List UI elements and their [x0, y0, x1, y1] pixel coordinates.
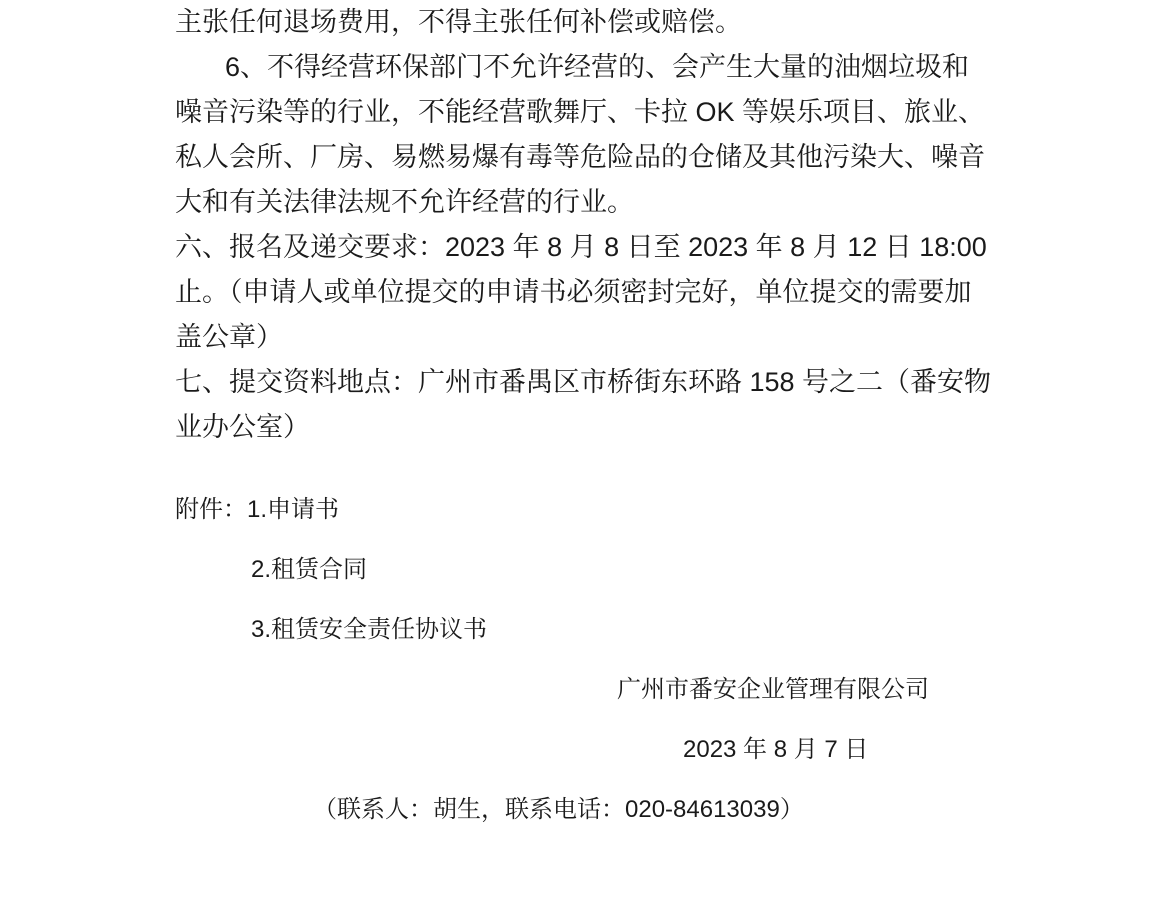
document-lower-section: 附件：1.申请书 2.租赁合同 3.租赁安全责任协议书 广州市番安企业管理有限公… — [175, 480, 987, 840]
body-line: 私人会所、厂房、易燃易爆有毒等危险品的仓储及其他污染大、噪音 — [175, 135, 987, 180]
attachment-item: 1.申请书 — [247, 496, 339, 523]
document-page: 主张任何退场费用，不得主张任何补偿或赔偿。 6、不得经营环保部门不允许经营的、会… — [0, 0, 1158, 922]
body-line: 业办公室） — [175, 405, 987, 450]
signature-date: 2023 年 8 月 7 日 — [175, 720, 987, 780]
body-line: 止。（申请人或单位提交的申请书必须密封完好，单位提交的需要加 — [175, 270, 987, 315]
contact-info: （联系人：胡生，联系电话：020-84613039） — [175, 780, 987, 840]
attachment-item: 2.租赁合同 — [175, 540, 987, 600]
attachment-line-1: 附件：1.申请书 — [175, 480, 987, 540]
body-line: 盖公章） — [175, 315, 987, 360]
body-line: 噪音污染等的行业，不能经营歌舞厅、卡拉 OK 等娱乐项目、旅业、 — [175, 90, 987, 135]
body-line: 大和有关法律法规不允许经营的行业。 — [175, 180, 987, 225]
body-line-clause-6: 6、不得经营环保部门不允许经营的、会产生大量的油烟垃圾和 — [175, 45, 987, 90]
signature-company: 广州市番安企业管理有限公司 — [175, 660, 987, 720]
body-line-continuation: 主张任何退场费用，不得主张任何补偿或赔偿。 — [175, 0, 987, 45]
attachment-heading: 附件： — [175, 496, 247, 523]
attachment-item: 3.租赁安全责任协议书 — [175, 600, 987, 660]
body-line-section-6: 六、报名及递交要求：2023 年 8 月 8 日至 2023 年 8 月 12 … — [175, 225, 987, 270]
document-body: 主张任何退场费用，不得主张任何补偿或赔偿。 6、不得经营环保部门不允许经营的、会… — [175, 0, 987, 450]
body-line-section-7: 七、提交资料地点：广州市番禺区市桥街东环路 158 号之二（番安物 — [175, 360, 987, 405]
